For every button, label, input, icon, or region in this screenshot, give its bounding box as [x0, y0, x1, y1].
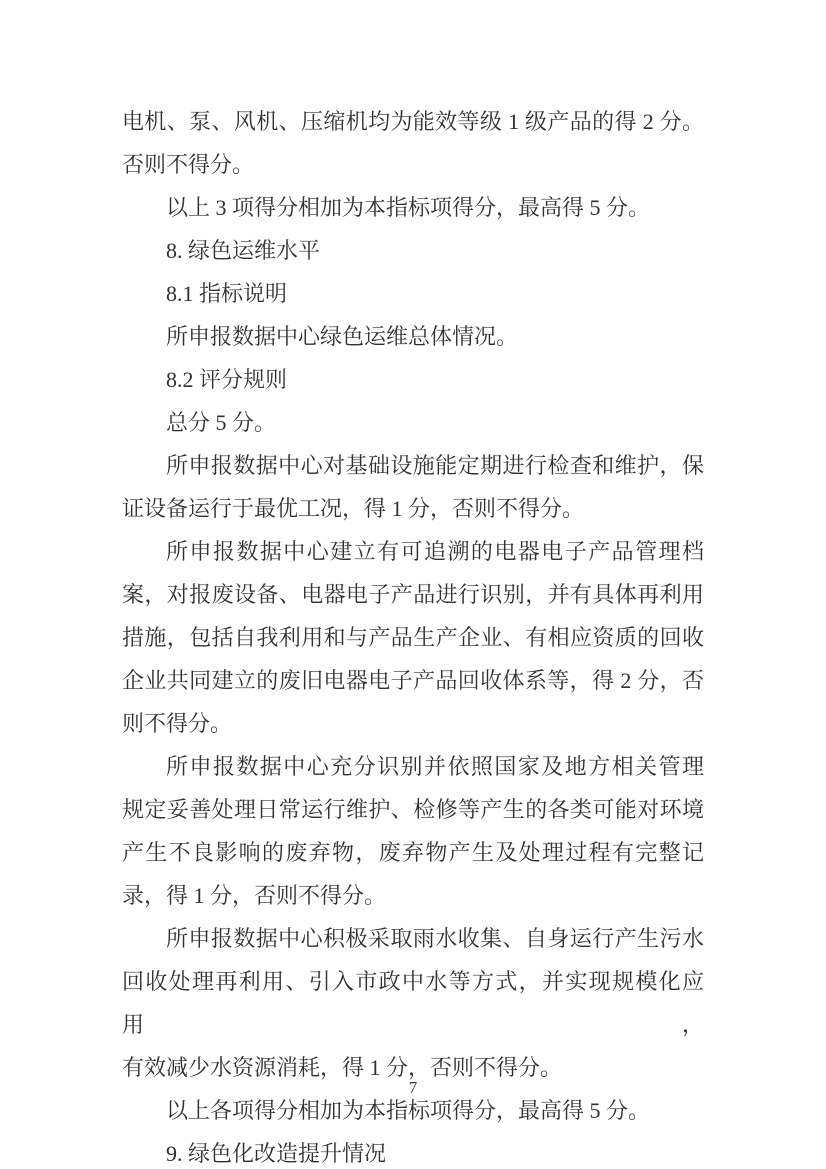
text-line: 以上 3 项得分相加为本指标项得分，最高得 5 分。 [122, 186, 704, 229]
text-line: 所申报数据中心建立有可追溯的电器电子产品管理档 [122, 530, 704, 573]
text-line: 8.2 评分规则 [122, 358, 704, 401]
text-line: 8.1 指标说明 [122, 272, 704, 315]
text-line: 否则不得分。 [122, 143, 704, 186]
text-line: 总分 5 分。 [122, 401, 704, 444]
text-line: 9. 绿色化改造提升情况 [122, 1132, 704, 1169]
text-line: 所申报数据中心充分识别并依照国家及地方相关管理 [122, 745, 704, 788]
page-footer: 7 [0, 1076, 826, 1100]
text-line: 电机、泵、风机、压缩机均为能效等级 1 级产品的得 2 分。 [122, 100, 704, 143]
paragraph: 所申报数据中心对基础设施能定期进行检查和维护，保证设备运行于最优工况，得 1 分… [122, 444, 704, 530]
paragraph: 8.1 指标说明 [122, 272, 704, 315]
text-line: 规定妥善处理日常运行维护、检修等产生的各类可能对环境 [122, 788, 704, 831]
document-body: 电机、泵、风机、压缩机均为能效等级 1 级产品的得 2 分。否则不得分。以上 3… [122, 100, 704, 1169]
text-line: 则不得分。 [122, 702, 704, 745]
paragraph: 8.2 评分规则 [122, 358, 704, 401]
paragraph: 9. 绿色化改造提升情况 [122, 1132, 704, 1169]
text-line: 措施，包括自我利用和与产品生产企业、有相应资质的回收 [122, 616, 704, 659]
text-line: 产生不良影响的废弃物，废弃物产生及处理过程有完整记 [122, 831, 704, 874]
paragraph: 8. 绿色运维水平 [122, 229, 704, 272]
paragraph: 所申报数据中心积极采取雨水收集、自身运行产生污水回收处理再利用、引入市政中水等方… [122, 917, 704, 1089]
text-line: 8. 绿色运维水平 [122, 229, 704, 272]
paragraph: 所申报数据中心充分识别并依照国家及地方相关管理规定妥善处理日常运行维护、检修等产… [122, 745, 704, 917]
text-line: 所申报数据中心对基础设施能定期进行检查和维护，保 [122, 444, 704, 487]
page-number: 7 [409, 1078, 418, 1097]
paragraph: 以上 3 项得分相加为本指标项得分，最高得 5 分。 [122, 186, 704, 229]
paragraph: 所申报数据中心绿色运维总体情况。 [122, 315, 704, 358]
paragraph: 电机、泵、风机、压缩机均为能效等级 1 级产品的得 2 分。否则不得分。 [122, 100, 704, 186]
text-line: 案，对报废设备、电器电子产品进行识别，并有具体再利用 [122, 573, 704, 616]
text-line: 回收处理再利用、引入市政中水等方式，并实现规模化应用， [122, 960, 704, 1046]
text-line: 证设备运行于最优工况，得 1 分，否则不得分。 [122, 487, 704, 530]
paragraph: 总分 5 分。 [122, 401, 704, 444]
text-line: 录，得 1 分，否则不得分。 [122, 874, 704, 917]
paragraph: 所申报数据中心建立有可追溯的电器电子产品管理档案，对报废设备、电器电子产品进行识… [122, 530, 704, 745]
text-line: 企业共同建立的废旧电器电子产品回收体系等，得 2 分，否 [122, 659, 704, 702]
document-page: 电机、泵、风机、压缩机均为能效等级 1 级产品的得 2 分。否则不得分。以上 3… [0, 0, 826, 1169]
text-line: 所申报数据中心绿色运维总体情况。 [122, 315, 704, 358]
text-line: 所申报数据中心积极采取雨水收集、自身运行产生污水 [122, 917, 704, 960]
